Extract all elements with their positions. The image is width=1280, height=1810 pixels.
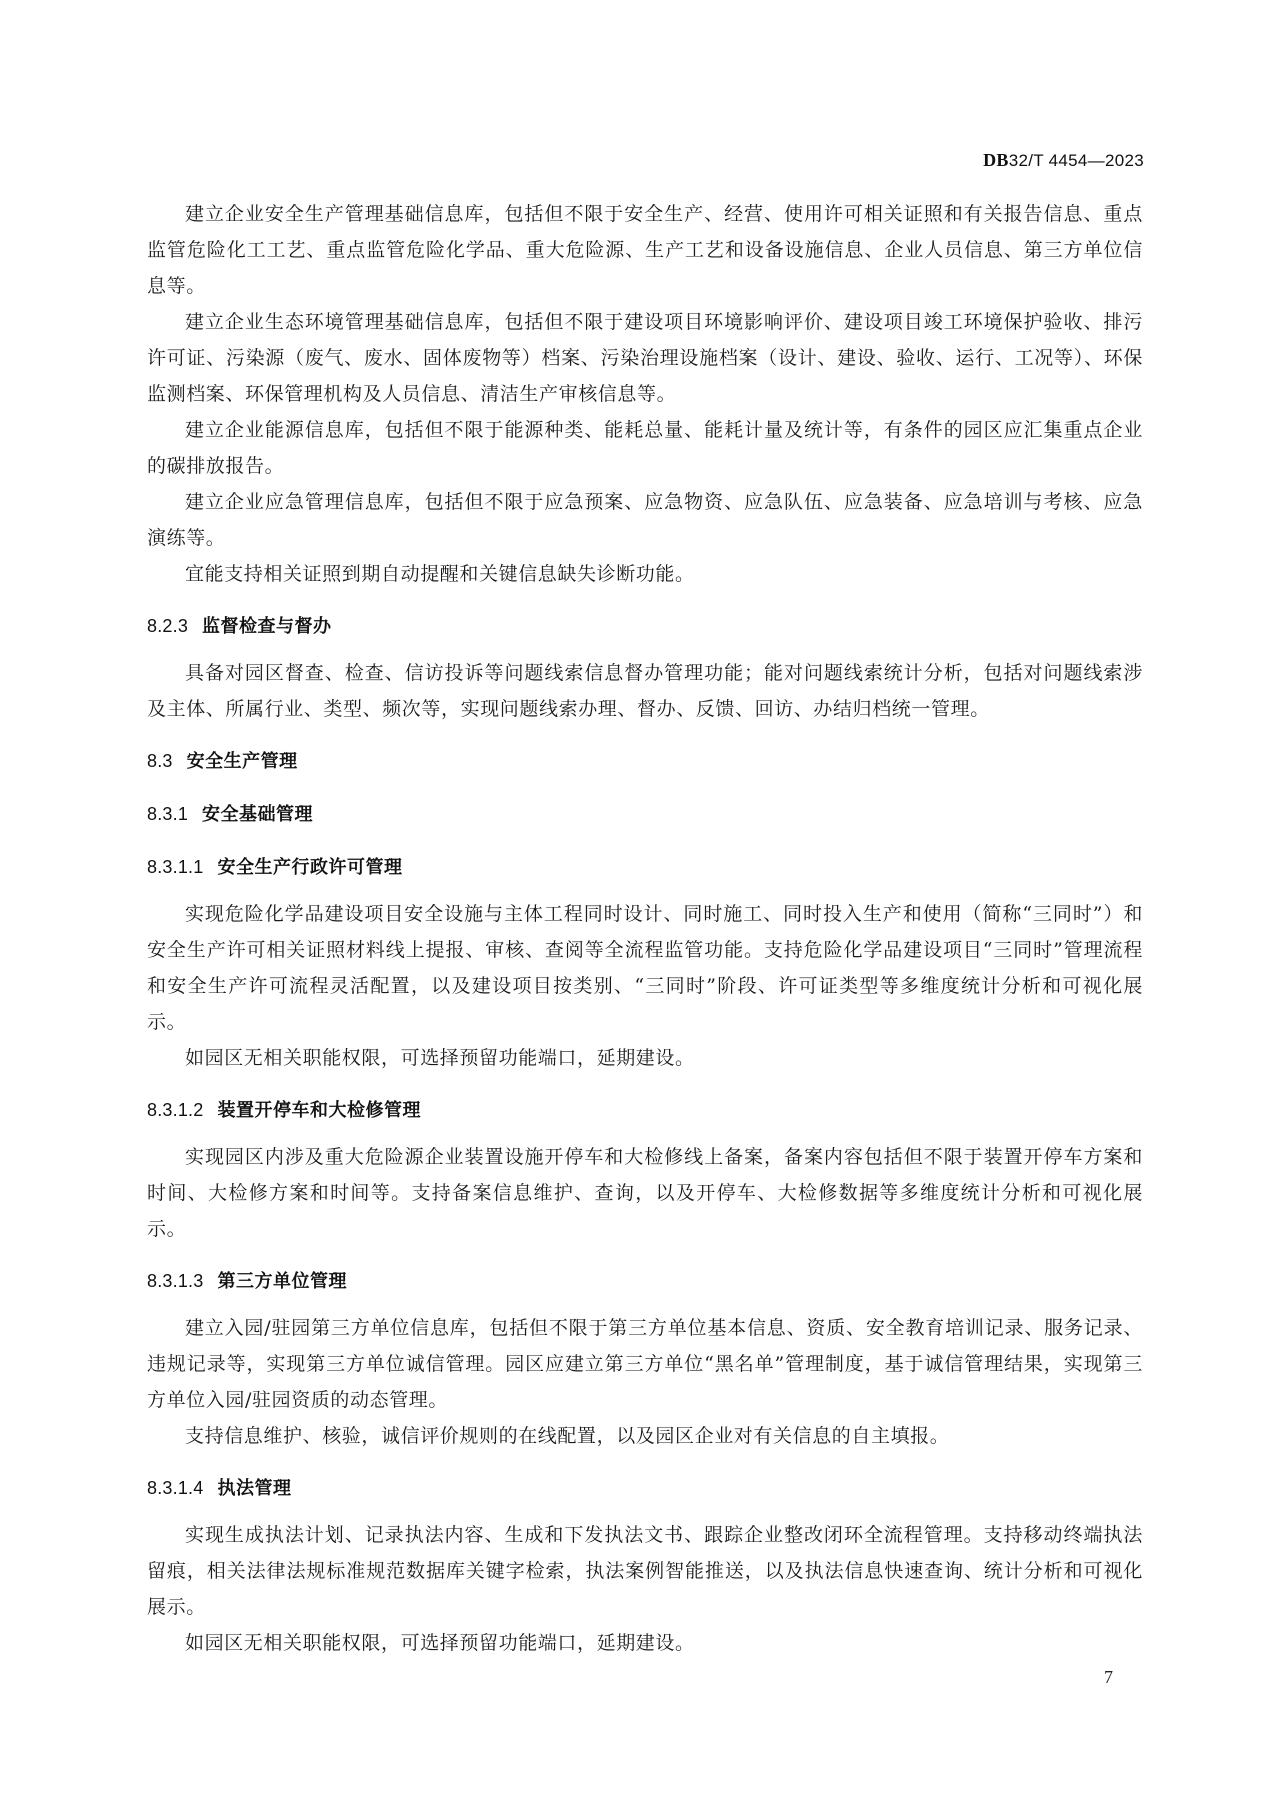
document-body: 建立企业安全生产管理基础信息库，包括但不限于安全生产、经营、使用许可相关证照和有…: [147, 196, 1143, 1661]
section-title: 安全生产行政许可管理: [217, 857, 402, 878]
body-paragraph: 建立企业生态环境管理基础信息库，包括但不限于建设项目环境影响评价、建设项目竣工环…: [147, 304, 1143, 412]
section-number: 8.3.1: [147, 796, 188, 832]
body-paragraph: 建立入园/驻园第三方单位信息库，包括但不限于第三方单位基本信息、资质、安全教育培…: [147, 1310, 1143, 1418]
section-title: 装置开停车和大检修管理: [217, 1100, 421, 1121]
body-paragraph: 实现危险化学品建设项目安全设施与主体工程同时设计、同时施工、同时投入生产和使用（…: [147, 896, 1143, 1040]
section-heading-8-3-1-1: 8.3.1.1安全生产行政许可管理: [147, 849, 1143, 886]
body-paragraph: 如园区无相关职能权限，可选择预留功能端口，延期建设。: [147, 1625, 1143, 1661]
body-paragraph: 实现生成执法计划、记录执法内容、生成和下发执法文书、跟踪企业整改闭环全流程管理。…: [147, 1517, 1143, 1625]
body-paragraph: 如园区无相关职能权限，可选择预留功能端口，延期建设。: [147, 1040, 1143, 1076]
document-page: DB32/T 4454—2023 建立企业安全生产管理基础信息库，包括但不限于安…: [0, 0, 1280, 1810]
section-title: 安全基础管理: [202, 804, 313, 825]
section-heading-8-3-1-4: 8.3.1.4执法管理: [147, 1470, 1143, 1507]
section-heading-8-3: 8.3安全生产管理: [147, 743, 1143, 780]
section-number: 8.3.1.3: [147, 1263, 203, 1299]
section-number: 8.3.1.1: [147, 849, 203, 885]
section-heading-8-2-3: 8.2.3监督检查与督办: [147, 608, 1143, 645]
section-number: 8.3.1.2: [147, 1092, 203, 1128]
standard-code-prefix: DB: [983, 150, 1009, 170]
section-number: 8.3: [147, 743, 173, 779]
section-title: 第三方单位管理: [217, 1271, 347, 1292]
standard-code: DB32/T 4454—2023: [983, 150, 1144, 171]
body-paragraph: 支持信息维护、核验，诚信评价规则的在线配置，以及园区企业对有关信息的自主填报。: [147, 1418, 1143, 1454]
section-title: 安全生产管理: [187, 751, 298, 772]
body-paragraph: 具备对园区督查、检查、信访投诉等问题线索信息督办管理功能；能对问题线索统计分析，…: [147, 655, 1143, 727]
page-number: 7: [1104, 1667, 1113, 1688]
section-number: 8.2.3: [147, 608, 188, 644]
body-paragraph: 建立企业安全生产管理基础信息库，包括但不限于安全生产、经营、使用许可相关证照和有…: [147, 196, 1143, 304]
section-title: 执法管理: [217, 1478, 291, 1499]
body-paragraph: 实现园区内涉及重大危险源企业装置设施开停车和大检修线上备案，备案内容包括但不限于…: [147, 1139, 1143, 1247]
section-title: 监督检查与督办: [202, 616, 332, 637]
section-heading-8-3-1: 8.3.1安全基础管理: [147, 796, 1143, 833]
section-heading-8-3-1-2: 8.3.1.2装置开停车和大检修管理: [147, 1092, 1143, 1129]
section-heading-8-3-1-3: 8.3.1.3第三方单位管理: [147, 1263, 1143, 1300]
section-number: 8.3.1.4: [147, 1470, 203, 1506]
body-paragraph: 宜能支持相关证照到期自动提醒和关键信息缺失诊断功能。: [147, 556, 1143, 592]
body-paragraph: 建立企业能源信息库，包括但不限于能源种类、能耗总量、能耗计量及统计等，有条件的园…: [147, 412, 1143, 484]
standard-code-number: 32/T 4454—2023: [1009, 151, 1144, 170]
body-paragraph: 建立企业应急管理信息库，包括但不限于应急预案、应急物资、应急队伍、应急装备、应急…: [147, 484, 1143, 556]
